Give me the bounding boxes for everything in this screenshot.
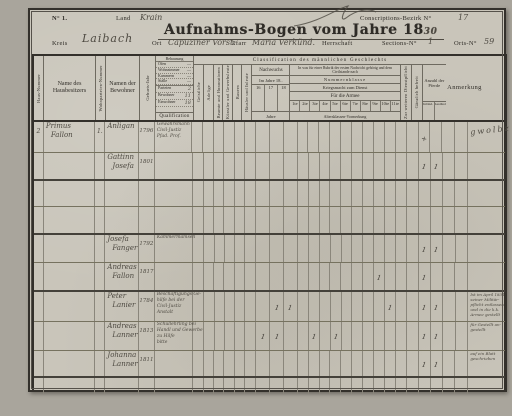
tally-mark: 1: [422, 304, 428, 313]
cell-a4: [330, 378, 341, 394]
cell-pf2: [455, 378, 468, 394]
cell-s5: [235, 322, 245, 350]
cell-a3: [320, 153, 331, 179]
cell-owner: [44, 263, 96, 290]
cell-a8: [374, 322, 385, 350]
cell-s5: [235, 153, 245, 179]
handwritten-entry: Lanier: [105, 301, 138, 310]
cell-haus: [34, 263, 44, 290]
tally-mark: 1: [387, 304, 393, 313]
cell-n16: [256, 153, 270, 179]
cell-s3: [215, 322, 225, 350]
cell-a4: [330, 351, 341, 376]
cell-a6: [352, 322, 363, 350]
table-row: 2PrimusFallon1.Anligan1796GewährsmannCiv…: [34, 122, 505, 153]
table-row: [34, 207, 505, 235]
cell-a9: [385, 122, 396, 152]
cell-a11: [407, 122, 419, 152]
cell-s4: [224, 122, 235, 152]
cell-a7: [363, 181, 374, 206]
col-header-stand-2: Adelige: [204, 65, 214, 120]
cell-n17: [270, 351, 284, 376]
cell-a10: [396, 235, 407, 262]
col-header-stand-1: Geistliche: [194, 65, 204, 120]
cell-haus: [34, 378, 44, 394]
cell-name: [105, 181, 139, 206]
cell-a6: [352, 263, 363, 290]
cell-n17: [270, 263, 284, 290]
cell-partei: [95, 207, 105, 233]
cell-a7: [363, 153, 374, 179]
cell-name: Anligan: [105, 122, 139, 152]
cell-partei: [95, 153, 105, 179]
cell-n17: [270, 122, 284, 152]
cell-a7: [363, 322, 374, 350]
kreis-label: Kreis: [52, 40, 68, 47]
cell-a3: [320, 181, 331, 206]
cell-a5: [341, 378, 352, 394]
table-row: [34, 181, 505, 207]
cell-v1: 1: [419, 322, 431, 350]
cell-a6: [352, 351, 363, 376]
cell-a3: [320, 322, 331, 350]
cell-n18: [284, 207, 298, 233]
cell-s3: [214, 378, 224, 394]
cell-v2: 1: [431, 153, 443, 179]
cell-v1: 1: [419, 153, 431, 179]
cell-a3: [320, 263, 331, 290]
col-header-stand-6: Häusler und Inleute: [242, 65, 252, 120]
pferde-cols: Inländ. Ausländ.: [423, 101, 446, 120]
cell-pf1: [443, 181, 456, 206]
tally-mark: 1: [421, 274, 427, 283]
cell-a8: [374, 181, 385, 206]
cell-haus: [34, 351, 44, 376]
cell-partei: [95, 292, 105, 321]
table-body: 2PrimusFallon1.Anligan1796GewährsmannCiv…: [34, 122, 505, 394]
cell-pf2: [455, 153, 468, 179]
cell-name: AndreasFallon: [105, 263, 139, 290]
cell-haus: 2: [34, 122, 44, 152]
cell-a10: [396, 378, 407, 394]
cell-anm: für Gestellt an-gestellt: [468, 322, 505, 350]
cell-haus: [34, 153, 44, 179]
cell-geb: 1796: [139, 122, 155, 152]
cell-n18: [284, 322, 298, 350]
cell-a11: [407, 181, 419, 206]
cell-partei: [95, 263, 105, 290]
orts-label: Orts-N°: [454, 40, 477, 47]
cell-a10: [396, 351, 407, 376]
cell-n17: [270, 378, 284, 394]
cell-n17: [270, 235, 284, 262]
cell-qual: Kammermamsell: [155, 235, 193, 262]
cell-a9: [385, 378, 396, 394]
cell-v1: [419, 181, 431, 206]
handwritten-entry: Handl und Gewerbe: [155, 328, 192, 334]
cell-a10: [396, 207, 407, 233]
cell-owner: [44, 181, 96, 206]
ort-value-handwritten: Capuziner Vorst.: [168, 38, 236, 47]
cell-anm: [468, 181, 505, 206]
cell-a5: [342, 235, 353, 262]
cell-s6: [245, 235, 256, 262]
handwritten-entry: Pfad. Prof.: [155, 134, 192, 140]
cell-a7: [363, 235, 374, 262]
cell-a4: [331, 292, 342, 321]
ort-label: Ort: [152, 40, 162, 47]
cell-name: GattinnJosefa: [105, 153, 139, 179]
cell-pf2: [455, 181, 468, 206]
cell-a8: 1: [374, 263, 385, 290]
pfarr-label: Pfarr: [232, 40, 247, 47]
cell-s6: [245, 207, 256, 233]
cell-a8: [374, 235, 385, 262]
cell-pf2: [456, 322, 469, 350]
cell-a5: [341, 122, 352, 152]
cell-s2: [204, 378, 215, 394]
handwritten-entry: Schullehrling bei: [155, 322, 192, 328]
cell-a9: [385, 207, 396, 233]
cell-a6: [352, 207, 363, 233]
cell-pf1: [443, 153, 456, 179]
cell-n18: [284, 351, 298, 376]
col-header-wohnpartei: Wohnparteien-Nummer: [96, 56, 106, 120]
cell-a4: 1: [331, 322, 342, 350]
col-header-haus-nummer: Haus-Nummer: [34, 56, 44, 120]
cell-a3: [320, 292, 331, 321]
cell-s6: [245, 181, 256, 206]
tally-mark: 1: [333, 333, 339, 342]
col-header-geburtsjahr: Geburts-Jahr: [140, 56, 156, 120]
cell-s5: [235, 351, 245, 376]
cell-a7: [363, 292, 374, 321]
cell-a1: [298, 181, 309, 206]
cell-pf2: [455, 351, 468, 376]
cell-v1: [419, 378, 431, 394]
cell-v2: 1: [431, 235, 443, 262]
cell-s1: [193, 322, 204, 350]
cell-n17: [270, 153, 284, 179]
cell-a5: [342, 322, 353, 350]
cell-pf2: [455, 122, 468, 152]
cell-a11: [407, 235, 419, 262]
cell-owner: [44, 322, 96, 350]
col-header-behausung-qualification: Behausung Öfen— Wohnzimmer— Kammern— Stä…: [156, 56, 194, 120]
land-value-handwritten: Krain: [140, 13, 162, 22]
cell-geb: [139, 378, 155, 394]
cell-s4: [224, 263, 235, 290]
pen-flourish-mark: [290, 4, 380, 30]
cell-s1: [193, 292, 204, 321]
cell-anm: gwolbz: [468, 122, 505, 152]
cell-pf1: [442, 122, 455, 152]
cell-s3: [215, 292, 225, 321]
cell-a2: [309, 181, 320, 206]
table-row: JosefaFanger1792Kammermamsell11: [34, 235, 505, 263]
cell-a9: [385, 153, 396, 179]
cell-a9: [385, 181, 396, 206]
cell-s5: [235, 235, 245, 262]
nachwuchs-age-cols: 16 17 18: [252, 85, 289, 111]
cell-v1: +: [419, 122, 431, 152]
handwritten-entry: Gewährsmann: [155, 122, 192, 128]
table-row: GattinnJosefa180111: [34, 153, 505, 181]
handwritten-entry: gestellt: [468, 327, 505, 332]
col-header-stand-3: Beamte und Honoratioren: [214, 65, 223, 120]
handwritten-entry: Fallon: [105, 272, 138, 281]
tally-mark: 1: [433, 163, 439, 172]
cell-s2: [204, 181, 215, 206]
cell-a5: [341, 263, 352, 290]
cell-a7: [363, 351, 374, 376]
handwritten-entry: Josefa: [105, 162, 138, 171]
cell-s5: [235, 122, 245, 152]
cell-s4: [224, 378, 235, 394]
cell-a8: [374, 207, 385, 233]
cell-s2: [204, 263, 215, 290]
cell-s3: [215, 235, 225, 262]
col-header-stand-4: Künstler und Gewerbsleute: [223, 65, 233, 120]
cell-a9: [385, 351, 396, 376]
tally-mark: 1: [422, 333, 428, 342]
cell-qual: [155, 181, 193, 206]
cell-v1: 1: [419, 263, 431, 290]
cell-name: [105, 207, 139, 233]
kreis-value-handwritten: Laibach: [82, 32, 133, 45]
cell-a9: [385, 322, 396, 350]
cell-geb: 1801: [139, 153, 155, 179]
cell-haus: [34, 322, 44, 350]
cell-a8: [374, 378, 385, 394]
cell-s1: [193, 351, 204, 376]
col-header-hausbesitzer: Name des Hausbesitzers: [44, 56, 96, 120]
cell-anm: [468, 153, 505, 179]
cell-n16: [256, 122, 270, 152]
cell-anm: [468, 378, 505, 394]
cell-pf1: [443, 235, 456, 262]
cell-v2: 1: [431, 322, 443, 350]
handwritten-entry: gwolbz: [467, 120, 505, 138]
cell-a6: [352, 122, 363, 152]
cell-a10: [396, 122, 407, 152]
cell-n16: [256, 207, 270, 233]
handwritten-entry: Johanna: [105, 351, 138, 360]
cell-a3: [320, 378, 331, 394]
cell-a11: [407, 378, 419, 394]
cell-qual: GewährsmannCivil-JustizPfad. Prof.: [155, 122, 193, 152]
pferde-box: Anzahl der Pferde Inländ. Ausländ.: [423, 65, 446, 120]
tally-mark: 1: [288, 304, 294, 313]
col-header-stand-5: Bauern: [233, 65, 242, 120]
cell-s6: [245, 378, 256, 394]
cell-a7: [363, 263, 374, 290]
cell-partei: [95, 235, 105, 262]
cell-a4: [330, 207, 341, 233]
col-header-bewohner: Namen der Bewohner: [106, 56, 140, 120]
cell-n16: [256, 235, 270, 262]
handwritten-entry: Gattinn: [105, 153, 138, 162]
cell-v2: [431, 263, 443, 290]
cell-a10: [396, 292, 407, 321]
cell-s4: [224, 153, 235, 179]
cell-geb: 1811: [139, 351, 155, 376]
cell-owner: [44, 292, 96, 321]
cell-qual: [155, 153, 193, 179]
cell-a2: [309, 207, 320, 233]
cell-a1: [298, 322, 309, 350]
table-row: [34, 378, 505, 394]
cell-s5: [235, 292, 245, 321]
cell-a2: [309, 351, 320, 376]
cell-anm: Ist im April 1831seiner Militär-pflicht …: [468, 292, 505, 321]
cell-s4: [224, 181, 235, 206]
cell-a5: [341, 351, 352, 376]
cell-name: JohannaLanner: [105, 351, 139, 376]
cell-partei: 1.: [95, 122, 105, 152]
tally-mark: 1: [421, 360, 427, 369]
cell-s1: [193, 378, 204, 394]
handwritten-entry: Josefa: [105, 235, 138, 244]
cell-s6: [245, 153, 256, 179]
cell-a11: [407, 263, 419, 290]
cell-s5: [235, 207, 245, 233]
cell-n17: 1: [270, 292, 284, 321]
cell-a11: [407, 351, 419, 376]
cell-owner: PrimusFallon: [44, 122, 96, 152]
cell-s1: [193, 181, 204, 206]
cell-owner: [44, 351, 96, 376]
cell-s4: [225, 235, 236, 262]
cell-a4: [330, 122, 341, 152]
cell-v2: 1: [431, 351, 443, 376]
cell-s4: [225, 292, 236, 321]
cell-partei: [95, 351, 105, 376]
tally-mark: 1: [274, 333, 280, 342]
cell-s2: [204, 207, 215, 233]
cell-a7: [363, 122, 374, 152]
conscription-district-value: 17: [458, 13, 468, 22]
pfarr-value-handwritten: Maria Verkünd.: [252, 38, 315, 47]
cell-n16: [256, 351, 270, 376]
cell-n18: [284, 181, 298, 206]
cell-n18: [284, 263, 298, 290]
cell-a4: [330, 153, 341, 179]
cell-s6: [245, 351, 256, 376]
cell-geb: [139, 207, 155, 233]
cell-v2: [431, 378, 443, 394]
cell-s6: [245, 263, 256, 290]
cell-a11: [407, 207, 419, 233]
cell-s1: [193, 263, 204, 290]
cell-haus: [34, 292, 44, 321]
cell-a3: [320, 351, 331, 376]
cell-a10: [396, 181, 407, 206]
col-header-befreit: Gänzlich befreit: [412, 65, 423, 120]
cell-v1: [419, 207, 431, 233]
cell-v1: 1: [419, 235, 431, 262]
cell-n18: [284, 235, 298, 262]
cell-name: AndreasLanner: [105, 322, 139, 350]
cell-pf1: [443, 322, 456, 350]
tally-mark: 1: [260, 333, 266, 342]
cell-s5: [235, 181, 245, 206]
form-header: N° 1. Land Krain Conscriptions-Bezirk N°…: [30, 10, 504, 52]
cell-pf1: [443, 378, 456, 394]
cell-anm: [468, 263, 505, 290]
cell-a11: [407, 153, 419, 179]
cell-a4: [331, 235, 342, 262]
cell-n17: [270, 207, 284, 233]
tally-mark: +: [420, 134, 427, 143]
handwritten-entry: Andreas: [105, 263, 138, 272]
cell-v2: [431, 181, 443, 206]
cell-pf2: [456, 292, 469, 321]
cell-name: [105, 378, 139, 394]
cell-a5: [341, 181, 352, 206]
cell-pf1: [443, 292, 456, 321]
cell-partei: [95, 322, 105, 350]
cell-s2: [203, 122, 214, 152]
cell-a8: [374, 122, 385, 152]
cell-n16: 1: [256, 322, 270, 350]
cell-n17: 1: [270, 322, 284, 350]
tally-mark: 1: [433, 333, 439, 342]
cell-s2: [204, 153, 215, 179]
cell-v2: [431, 207, 443, 233]
nachwuchs-box: Nachwuchs Im Jahre 18.. 16 17 18 Jahre: [252, 65, 290, 120]
sections-value: 1: [428, 37, 433, 46]
cell-geb: 1817: [139, 263, 155, 290]
cell-s6: [245, 322, 256, 350]
cell-s1: [193, 153, 204, 179]
cell-s1: [193, 235, 204, 262]
handwritten-entry: Kammermamsell: [155, 235, 192, 241]
cell-n17: [270, 181, 284, 206]
cell-n16: [256, 378, 270, 394]
cell-a6: [352, 378, 363, 394]
cell-pf2: [455, 207, 468, 233]
cell-anm: [468, 207, 505, 233]
cell-partei: [95, 181, 105, 206]
cell-a1: [298, 153, 309, 179]
handwritten-entry: bitte: [155, 340, 192, 346]
tally-mark: 1: [421, 163, 427, 172]
cell-s6: [245, 122, 256, 152]
cell-name: PeterLanier: [105, 292, 139, 321]
land-label: Land: [116, 15, 131, 22]
cell-a2: [309, 153, 320, 179]
cell-geb: 1792: [139, 235, 155, 262]
cell-a2: [309, 235, 320, 262]
cell-v2: 1: [431, 292, 443, 321]
handwritten-entry: Fanger: [105, 244, 138, 253]
cell-a10: [396, 322, 407, 350]
table-row: PeterLanier1784Beschäftigungs Ge-hilfe b…: [34, 292, 505, 322]
cell-a5: [342, 292, 353, 321]
table-row: JohannaLanner181111auf ein Blattgeschrie…: [34, 351, 505, 378]
table-row: AndreasLanner1813Schullehrling beiHandl …: [34, 322, 505, 351]
cell-a3: [319, 122, 330, 152]
handwritten-entry: geschrieben: [468, 356, 505, 361]
cell-a2: [309, 263, 320, 290]
cell-a8: [374, 153, 385, 179]
cell-a5: [341, 153, 352, 179]
tally-mark: 1: [376, 274, 382, 283]
cell-haus: [34, 235, 44, 262]
cell-owner: [44, 153, 96, 179]
cell-a3: [320, 207, 331, 233]
